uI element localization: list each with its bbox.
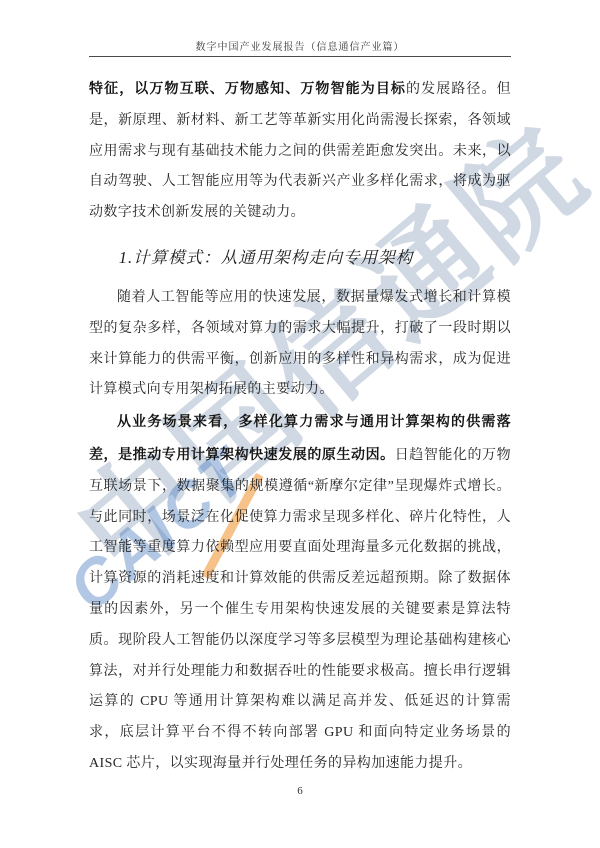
body-paragraph: 随着人工智能等应用的快速发展，数据量爆发式增长和计算模型的复杂多样，各领域对算力… xyxy=(89,283,511,406)
page-number: 6 xyxy=(297,785,303,797)
document-body: 特征，以万物互联、万物感知、万物智能为目标的发展路径。但是，新原理、新材料、新工… xyxy=(89,73,511,780)
document-page: 中国信通院 CAICT 数字中国产业发展报告（信息通信产业篇） 特征，以万物互联… xyxy=(0,0,600,848)
header-title: 数字中国产业发展报告（信息通信产业篇） xyxy=(89,38,511,53)
text-run-bold: 特征，以万物互联、万物感知、万物智能为目标 xyxy=(89,80,406,96)
text-run-regular: 随着人工智能等应用的快速发展，数据量爆发式增长和计算模型的复杂多样，各领域对算力… xyxy=(89,290,511,397)
text-run-regular: 日趋智能化的万物互联场景下，数据聚集的规模遵循“新摩尔定律”呈现爆炸式增长。与此… xyxy=(89,448,511,771)
page-header: 数字中国产业发展报告（信息通信产业篇） xyxy=(89,38,511,57)
body-paragraph: 从业务场景来看，多样化算力需求与通用计算架构的供需落差，是推动专用计算架构快速发… xyxy=(89,406,511,780)
section-heading: 1.计算模式：从通用架构走向专用架构 xyxy=(89,243,511,273)
text-run-heading: 1.计算模式：从通用架构走向专用架构 xyxy=(119,248,413,267)
text-run-regular: 的发展路径。但是，新原理、新材料、新工艺等革新实用化尚需漫长探索，各领域应用需求… xyxy=(89,82,511,220)
header-rule xyxy=(89,56,511,57)
page-footer: 6 xyxy=(0,781,600,799)
body-paragraph: 特征，以万物互联、万物感知、万物智能为目标的发展路径。但是，新原理、新材料、新工… xyxy=(89,73,511,229)
